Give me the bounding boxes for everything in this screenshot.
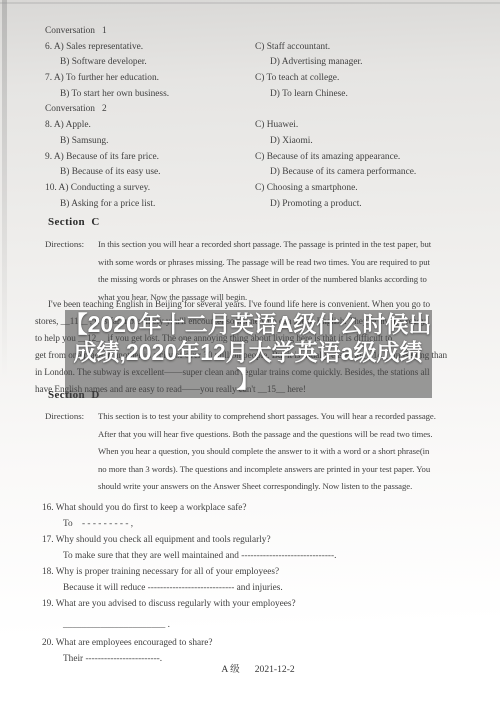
question-17: 17. Why should you check all equipment a… <box>42 532 482 548</box>
question-16: 16. What should you do first to keep a w… <box>42 500 482 516</box>
directions-line: the missing words or phrases on the Answ… <box>98 271 475 289</box>
option-left: B) To start her own business. <box>45 89 270 99</box>
section-d-directions: Directions: This section is to test your… <box>45 408 475 496</box>
section-c-title: Section C <box>48 216 100 228</box>
conversation-2-label: Conversation 2 <box>45 104 255 114</box>
question-19: 19. What are you advised to discuss regu… <box>42 596 482 612</box>
directions-lines: This section is to test your ability to … <box>98 408 475 496</box>
directions-line: This section is to test your ability to … <box>98 408 475 426</box>
answer-16: To - - - - - - - - - , <box>42 516 482 532</box>
option-row: B) Because of its easy use.D) Because of… <box>45 167 485 183</box>
exam-date-label: 2021-12-2 <box>255 664 295 675</box>
watermark-line-2: 成绩,2020年12月大学英语a级成绩 <box>33 339 463 367</box>
option-right: C) Staff accountant. <box>255 42 485 52</box>
option-left: B) Software developer. <box>45 57 270 67</box>
option-right: D) Advertising manager. <box>270 57 485 67</box>
directions-line: should write your answers on the Answer … <box>98 478 475 496</box>
option-row: 10. A) Conducting a survey.C) Choosing a… <box>45 183 485 199</box>
watermark-line-1: 【2020年十二月英语A级什么时候出 <box>33 311 463 339</box>
option-row: Conversation 1 <box>45 26 485 42</box>
answer-19: ______________________ . <box>42 617 482 633</box>
option-left: 7. A) To further her education. <box>45 73 255 83</box>
option-left: 10. A) Conducting a survey. <box>45 183 255 193</box>
watermark-text: 【2020年十二月英语A级什么时候出 成绩,2020年12月大学英语a级成绩 】 <box>33 311 463 394</box>
question-18: 18. Why is proper training necessary for… <box>42 564 482 580</box>
option-left: 6. A) Sales representative. <box>45 42 255 52</box>
option-left: B) Asking for a price list. <box>45 199 270 209</box>
option-row: B) Samsung.D) Xiaomi. <box>45 136 485 152</box>
exam-level-label: A 级 <box>221 664 239 675</box>
questions-block: 16. What should you do first to keep a w… <box>42 500 482 667</box>
option-row: B) Asking for a price list.D) Promoting … <box>45 199 485 215</box>
listening-options-block: Conversation 1 6. A) Sales representativ… <box>45 26 485 214</box>
directions-line: no more than 3 words). The questions and… <box>98 461 475 479</box>
option-row: 7. A) To further her education.C) To tea… <box>45 73 485 89</box>
option-row: B) Software developer.D) Advertising man… <box>45 57 485 73</box>
directions-line: with some words or phrases missing. The … <box>98 254 475 272</box>
answer-17: To make sure that they are well maintain… <box>42 548 482 564</box>
conversation-1-label: Conversation 1 <box>45 26 255 36</box>
option-right: D) Promoting a product. <box>270 199 485 209</box>
directions-line: In this section you will hear a recorded… <box>98 236 475 254</box>
option-right: C) Because of its amazing appearance. <box>255 152 485 162</box>
option-right: C) Choosing a smartphone. <box>255 183 485 193</box>
directions-line: After that you will hear five questions.… <box>98 426 475 444</box>
option-row: 8. A) Apple.C) Huawei. <box>45 120 485 136</box>
directions-label: Directions: <box>45 408 84 426</box>
option-row: 9. A) Because of its fare price.C) Becau… <box>45 152 485 168</box>
option-row: B) To start her own business.D) To learn… <box>45 89 485 105</box>
option-left: B) Because of its easy use. <box>45 167 270 177</box>
option-right: C) To teach at college. <box>255 73 485 83</box>
option-left: 8. A) Apple. <box>45 120 255 130</box>
option-left: 9. A) Because of its fare price. <box>45 152 255 162</box>
watermark-line-3: 】 <box>33 366 463 394</box>
option-right: C) Huawei. <box>255 120 485 130</box>
exam-paper-page: Conversation 1 6. A) Sales representativ… <box>0 0 500 710</box>
page-footer: A 级2021-12-2 <box>0 661 500 675</box>
question-20: 20. What are employees encouraged to sha… <box>42 635 482 651</box>
directions-line: When you hear a question, you should com… <box>98 443 475 461</box>
option-row: 6. A) Sales representative.C) Staff acco… <box>45 42 485 58</box>
option-right: D) Xiaomi. <box>270 136 485 146</box>
answer-18: Because it will reduce -----------------… <box>42 580 482 596</box>
option-right: D) To learn Chinese. <box>270 89 485 99</box>
option-right: D) Because of its camera performance. <box>270 167 485 177</box>
directions-label: Directions: <box>45 236 84 254</box>
option-row: Conversation 2 <box>45 104 485 120</box>
option-left: B) Samsung. <box>45 136 270 146</box>
